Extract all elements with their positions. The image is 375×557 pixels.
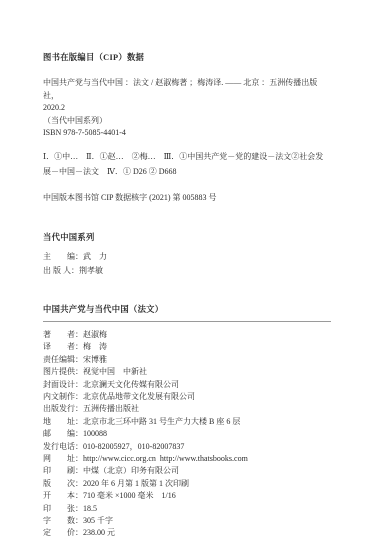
book-copyright-page: 图书在版编目（CIP）数据 中国共产党与当代中国 ：法文 / 赵淑梅著 ；梅涛译… [0, 0, 375, 557]
row-value: 710 毫米 ×1000 毫米 1/16 [83, 491, 176, 500]
colophon-row: 地 址：北京市北三环中路 31 号生产力大楼 B 座 6 层 [43, 416, 331, 428]
copyright-content: 图书在版编目（CIP）数据 中国共产党与当代中国 ：法文 / 赵淑梅著 ；梅涛译… [0, 0, 375, 540]
row-label: 封面设计： [43, 380, 83, 389]
colophon-row: 开 本：710 毫米 ×1000 毫米 1/16 [43, 490, 331, 502]
row-label: 定 价： [43, 528, 83, 537]
row-value: 赵淑梅 [83, 330, 107, 339]
colophon-row: 印 刷：中煤（北京）印务有限公司 [43, 465, 331, 477]
row-label: 译 者： [43, 342, 83, 351]
series-title: 当代中国系列 [43, 231, 331, 244]
cip-record-line: （当代中国系列） [43, 115, 331, 128]
row-label: 字 数： [43, 516, 83, 525]
row-label: 出版发行： [43, 404, 83, 413]
row-value: 010-82005927，010-82007837 [83, 442, 184, 451]
row-value: 北京澜天文化传媒有限公司 [83, 380, 179, 389]
row-value: 五洲传播出版社 [83, 404, 139, 413]
colophon-row: 译 者：梅 涛 [43, 341, 331, 353]
row-label: 网 址： [43, 454, 83, 463]
row-value: 梅 涛 [83, 342, 107, 351]
colophon-row: 图片提供：视觉中国 中新社 [43, 366, 331, 378]
book-title: 中国共产党与当代中国（法文） [43, 303, 331, 322]
row-label: 主 编： [43, 252, 83, 261]
colophon-row: 网 址：http://www.cicc.org.cn http://www.th… [43, 453, 331, 465]
row-label: 版 次： [43, 479, 83, 488]
cip-registry-number: 中国版本图书馆 CIP 数据核字 (2021) 第 005883 号 [43, 191, 331, 204]
row-label: 出 版 人： [43, 266, 79, 275]
colophon-row: 发行电话：010-82005927，010-82007837 [43, 441, 331, 453]
row-label: 内文制作： [43, 392, 83, 401]
cip-classification: Ⅰ．①中… Ⅱ．①赵… ②梅… Ⅲ．①中国共产党－党的建设－法文②社会发展－中国… [43, 149, 331, 179]
colophon-row: 版 次：2020 年 6 月第 1 版第 1 次印刷 [43, 478, 331, 490]
row-value: 视觉中国 中新社 [83, 367, 147, 376]
row-label: 开 本： [43, 491, 83, 500]
series-rows: 主 编：武 力 出 版 人：荆孝敏 [43, 250, 331, 278]
row-value: 北京市北三环中路 31 号生产力大楼 B 座 6 层 [83, 417, 240, 426]
row-label: 责任编辑： [43, 355, 83, 364]
row-value: 18.5 [83, 504, 97, 513]
row-value: 中煤（北京）印务有限公司 [83, 466, 179, 475]
colophon-row: 印 张：18.5 [43, 503, 331, 515]
row-value: 宋博雅 [83, 355, 107, 364]
row-value: 100088 [83, 429, 107, 438]
series-block: 当代中国系列 主 编：武 力 出 版 人：荆孝敏 [43, 231, 331, 278]
series-row: 出 版 人：荆孝敏 [43, 264, 331, 278]
row-value: 305 千字 [83, 516, 113, 525]
row-label: 著 者： [43, 330, 83, 339]
cip-record-line: 2020.2 [43, 102, 331, 115]
colophon-row: 封面设计：北京澜天文化传媒有限公司 [43, 379, 331, 391]
colophon-rows: 著 者：赵淑梅 译 者：梅 涛 责任编辑：宋博雅 图片提供：视觉中国 中新社 封… [43, 329, 331, 540]
cip-record-line: ISBN 978-7-5085-4401-4 [43, 127, 331, 140]
colophon-row: 邮 编：100088 [43, 428, 331, 440]
colophon-row: 字 数：305 千字 [43, 515, 331, 527]
cip-record-line: 中国共产党与当代中国 ：法文 / 赵淑梅著 ；梅涛译. —— 北京 ：五洲传播出… [43, 77, 331, 102]
row-label: 发行电话： [43, 442, 83, 451]
row-label: 图片提供： [43, 367, 83, 376]
book-colophon-block: 中国共产党与当代中国（法文） 著 者：赵淑梅 译 者：梅 涛 责任编辑：宋博雅 … [43, 303, 331, 540]
row-label: 印 刷： [43, 466, 83, 475]
series-row: 主 编：武 力 [43, 250, 331, 264]
row-value: 2020 年 6 月第 1 版第 1 次印刷 [83, 479, 189, 488]
colophon-row: 责任编辑：宋博雅 [43, 354, 331, 366]
colophon-row: 出版发行：五洲传播出版社 [43, 403, 331, 415]
row-value: 北京优品地带文化发展有限公司 [83, 392, 195, 401]
row-value: http://www.cicc.org.cn http://www.thatsb… [83, 454, 248, 463]
colophon-row: 内文制作：北京优品地带文化发展有限公司 [43, 391, 331, 403]
row-value: 238.00 元 [83, 528, 115, 537]
cip-heading: 图书在版编目（CIP）数据 [43, 51, 331, 64]
row-label: 邮 编： [43, 429, 83, 438]
row-label: 地 址： [43, 417, 83, 426]
row-label: 印 张： [43, 504, 83, 513]
colophon-row: 著 者：赵淑梅 [43, 329, 331, 341]
row-value: 武 力 [83, 252, 107, 261]
colophon-row: 定 价：238.00 元 [43, 527, 331, 539]
cip-record-block: 中国共产党与当代中国 ：法文 / 赵淑梅著 ；梅涛译. —— 北京 ：五洲传播出… [43, 77, 331, 140]
row-value: 荆孝敏 [79, 266, 103, 275]
